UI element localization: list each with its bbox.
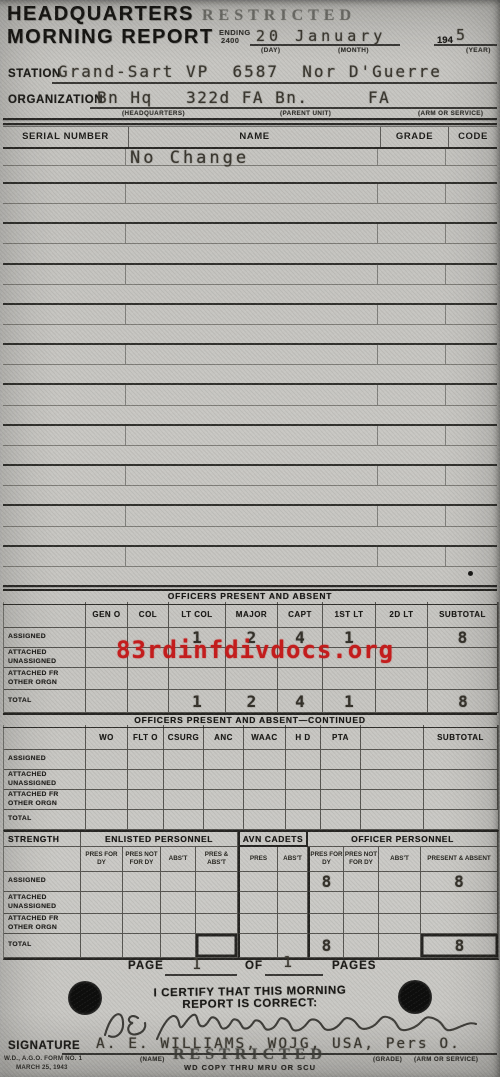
of-label: OF <box>245 960 263 972</box>
continued-value-cell <box>128 770 164 790</box>
ink-speck <box>468 571 473 576</box>
roster-blank-row <box>3 545 497 585</box>
strength-col-header: PRES <box>238 847 278 872</box>
officers-col-header-text: COL <box>139 610 157 619</box>
column-tick <box>377 184 378 203</box>
officers-value-cell <box>128 690 169 713</box>
roster-blank-rows <box>3 182 497 585</box>
strength-value-cell <box>123 934 161 958</box>
officers-row-label: ASSIGNED <box>4 628 86 648</box>
officers-value-cell: 8 <box>428 628 498 648</box>
column-tick <box>445 148 446 165</box>
column-tick <box>377 265 378 284</box>
continued-value-cell <box>361 750 424 770</box>
organization-underline <box>90 107 497 109</box>
column-tick <box>125 148 126 165</box>
continued-value-cell <box>86 810 128 830</box>
roster-blank-row <box>3 343 497 383</box>
strength-row-label: ATTACHED FR OTHER ORGN <box>4 914 81 934</box>
continued-row-label: ATTACHED UNASSIGNED <box>4 770 86 790</box>
strength-value-cell <box>81 892 123 914</box>
continued-col-header: PTA <box>321 725 361 750</box>
officers-value-cell: 1 <box>169 690 226 713</box>
strength-col-header: PRES & ABS'T <box>196 847 238 872</box>
strength-value-cell <box>161 872 196 892</box>
rule-line <box>3 324 497 325</box>
continued-value-cell <box>204 770 244 790</box>
archive-watermark: 83rdinfdivdocs.org <box>116 636 394 664</box>
column-tick <box>125 426 126 445</box>
group-officer-personnel-text: OFFICER PERSONNEL <box>351 834 454 844</box>
station-underline <box>52 82 497 84</box>
strength-value-cell <box>238 892 278 914</box>
strength-row-label: TOTAL <box>4 934 81 958</box>
strength-value-cell-text: 8 <box>322 936 332 955</box>
roster-blank-row <box>3 263 497 303</box>
continued-col-header: H D <box>286 725 321 750</box>
organization-unit-value: Bn Hq 322d FA Bn. <box>97 88 309 107</box>
col-serial-number: SERIAL NUMBER <box>3 127 128 147</box>
continued-value-cell <box>244 770 286 790</box>
officers-row-label-text: TOTAL <box>8 697 32 705</box>
organization-arm-value: FA <box>368 88 390 107</box>
rule-line <box>3 165 497 166</box>
ending-time-label: 2400 <box>221 36 239 45</box>
strength-value-cell: 8 <box>421 934 498 958</box>
continued-value-cell <box>424 750 498 770</box>
continued-col-header: FLT O <box>128 725 164 750</box>
continued-col-header: WO <box>86 725 128 750</box>
continued-col-header-text: SUBTOTAL <box>437 733 484 742</box>
officers-value-cell-text: 1 <box>344 692 354 711</box>
continued-value-cell <box>128 810 164 830</box>
strength-col-header-text: PRES & ABS'T <box>196 851 237 867</box>
strength-row-label-text: ATTACHED UNASSIGNED <box>8 894 80 910</box>
strength-value-cell <box>196 934 238 958</box>
page-label: PAGE <box>128 960 164 972</box>
strength-col-header-text: PRES NOT FOR DY <box>123 851 160 867</box>
continued-value-cell <box>164 750 204 770</box>
strength-row-label-text: ATTACHED FR OTHER ORGN <box>8 915 80 931</box>
continued-value-cell <box>321 750 361 770</box>
strength-value-cell-text: 8 <box>322 872 332 891</box>
column-tick <box>445 385 446 404</box>
arm-or-service-sublabel: (ARM OR SERVICE) <box>418 110 483 117</box>
rule-line <box>3 364 497 365</box>
strength-col-header-text: PRES <box>250 855 267 863</box>
officers-value-cell <box>323 668 376 690</box>
strength-value-cell: 8 <box>308 934 344 958</box>
column-tick <box>377 506 378 525</box>
officers-value-cell <box>128 668 169 690</box>
strength-value-cell <box>344 934 379 958</box>
continued-header-corner <box>4 725 86 750</box>
restricted-stamp-bottom: RESTRICTED <box>0 1046 500 1064</box>
rule-line <box>3 203 497 204</box>
column-tick <box>445 224 446 243</box>
pages-underline <box>265 974 323 976</box>
strength-corner-label: STRENGTH <box>4 832 81 847</box>
continued-value-cell <box>321 810 361 830</box>
strength-value-cell: 8 <box>421 872 498 892</box>
column-tick <box>377 345 378 364</box>
column-tick <box>377 148 378 165</box>
officers-row-label-text: ATTACHED UNASSIGNED <box>8 649 85 665</box>
officers-row-label-text: ATTACHED FR OTHER ORGN <box>8 670 85 686</box>
continued-row-label-text: ATTACHED FR OTHER ORGN <box>8 791 85 807</box>
officers-col-header-text: CAPT <box>288 610 312 619</box>
morning-report-scan: RESTRICTED HEADQUARTERS MORNING REPORT E… <box>0 0 500 1077</box>
continued-col-header-text: ANC <box>214 733 233 742</box>
group-avn-cadets: AVN CADETS <box>238 832 308 847</box>
column-tick <box>125 385 126 404</box>
year-sublabel: (YEAR) <box>466 47 491 54</box>
strength-value-cell <box>196 892 238 914</box>
rule-line <box>3 123 497 125</box>
strength-value-cell <box>421 914 498 934</box>
column-tick <box>377 385 378 404</box>
continued-value-cell <box>321 790 361 810</box>
col-name: NAME <box>128 127 380 147</box>
continued-value-cell <box>321 770 361 790</box>
strength-col-header: PRES FOR DY <box>308 847 344 872</box>
officers-value-cell <box>86 690 128 713</box>
continued-col-header: SUBTOTAL <box>424 725 498 750</box>
rule-line <box>3 405 497 406</box>
officers-col-header: 1ST LT <box>323 602 376 628</box>
continued-value-cell <box>244 810 286 830</box>
strength-col-header: ABS'T <box>379 847 421 872</box>
continued-col-header-text: PTA <box>332 733 349 742</box>
strength-col-header: ABS'T <box>161 847 196 872</box>
strength-value-cell <box>344 914 379 934</box>
strength-value-cell <box>196 872 238 892</box>
column-tick <box>445 265 446 284</box>
column-tick <box>125 506 126 525</box>
strength-value-cell <box>196 914 238 934</box>
strength-value-cell-text: 8 <box>455 936 465 955</box>
date-field-value: 20 January <box>256 27 386 45</box>
rule-line <box>3 485 497 486</box>
column-tick <box>125 224 126 243</box>
officers-continued-table: WOFLT OCSURGANCWAACH DPTASUBTOTALASSIGNE… <box>3 725 499 830</box>
column-tick <box>125 184 126 203</box>
officers-value-cell: 4 <box>278 690 323 713</box>
officers-value-cell <box>86 668 128 690</box>
column-tick <box>125 547 126 566</box>
roster-blank-row <box>3 504 497 544</box>
rule-line <box>3 566 497 567</box>
officers-col-header-text: SUBTOTAL <box>439 610 486 619</box>
continued-value-cell <box>204 750 244 770</box>
continued-value-cell <box>424 770 498 790</box>
roster-blank-row <box>3 464 497 504</box>
column-tick <box>125 345 126 364</box>
officers-col-header-text: MAJOR <box>236 610 267 619</box>
total-pages-value: 1 <box>283 953 292 971</box>
column-tick <box>377 547 378 566</box>
page-underline <box>165 974 237 976</box>
strength-col-header-text: PRES NOT FOR DY <box>344 851 378 867</box>
continued-col-header-text: WAAC <box>251 733 277 742</box>
page-number-value: 1 <box>192 955 201 973</box>
rule-line <box>3 445 497 446</box>
strength-value-cell <box>161 914 196 934</box>
continued-col-header-text: H D <box>295 733 310 742</box>
officers-col-header-text: LT COL <box>181 610 212 619</box>
officers-row-label: TOTAL <box>4 690 86 713</box>
routing-line: WD COPY THRU MRU OR SCU <box>0 1063 500 1072</box>
officers-value-cell: 8 <box>428 690 498 713</box>
rule-line <box>3 284 497 285</box>
continued-col-header-text: WO <box>99 733 114 742</box>
officers-value-cell: 1 <box>323 690 376 713</box>
continued-value-cell <box>164 810 204 830</box>
continued-col-header-text: FLT O <box>133 733 158 742</box>
continued-value-cell <box>361 790 424 810</box>
strength-value-cell <box>379 914 421 934</box>
continued-value-cell <box>86 770 128 790</box>
strength-value-cell <box>123 914 161 934</box>
roster-entry-row: No Change <box>3 148 497 182</box>
column-tick <box>445 466 446 485</box>
strength-table: STRENGTHENLISTED PERSONNELAVN CADETSOFFI… <box>3 830 499 960</box>
column-tick <box>377 466 378 485</box>
strength-value-cell <box>308 892 344 914</box>
station-label: STATION <box>8 68 61 80</box>
col-code: CODE <box>448 127 497 147</box>
strength-col-header: PRESENT & ABSENT <box>421 847 498 872</box>
officers-row-label: ATTACHED UNASSIGNED <box>4 648 86 668</box>
continued-value-cell <box>286 770 321 790</box>
officers-col-header: GEN O <box>86 602 128 628</box>
strength-value-cell <box>81 872 123 892</box>
day-sublabel: (DAY) <box>261 47 280 54</box>
strength-value-cell <box>344 872 379 892</box>
rule-line <box>3 118 497 120</box>
continued-value-cell <box>361 810 424 830</box>
officers-row-label-text: ASSIGNED <box>8 633 46 641</box>
officers-col-header: LT COL <box>169 602 226 628</box>
continued-col-header: ANC <box>204 725 244 750</box>
rule-line <box>3 585 497 587</box>
group-enlisted-personnel: ENLISTED PERSONNEL <box>81 832 238 847</box>
officers-value-cell <box>169 668 226 690</box>
officers-value-cell-text: 1 <box>192 692 202 711</box>
roster-blank-row <box>3 222 497 262</box>
continued-value-cell <box>424 810 498 830</box>
column-tick <box>377 305 378 324</box>
continued-col-header: WAAC <box>244 725 286 750</box>
officers-value-cell-text: 8 <box>458 628 468 647</box>
strength-value-cell <box>81 934 123 958</box>
parent-unit-sublabel: (PARENT UNIT) <box>280 110 331 117</box>
column-tick <box>445 426 446 445</box>
officers-value-cell-text: 4 <box>295 692 305 711</box>
continued-value-cell <box>86 790 128 810</box>
officers-col-header: CAPT <box>278 602 323 628</box>
strength-col-header: PRES FOR DY <box>81 847 123 872</box>
station-field-value: Grand-Sart VP 6587 Nor D'Guerre <box>58 62 442 81</box>
column-tick <box>125 466 126 485</box>
rule-line <box>3 526 497 527</box>
group-officer-personnel: OFFICER PERSONNEL <box>308 832 498 847</box>
strength-corner-label-text: STRENGTH <box>8 834 60 844</box>
strength-col-header-text: PRES FOR DY <box>81 851 122 867</box>
year-underline <box>434 44 497 46</box>
continued-value-cell <box>128 790 164 810</box>
organization-label: ORGANIZATION <box>8 94 103 106</box>
continued-value-cell <box>244 790 286 810</box>
continued-col-header-text: CSURG <box>168 733 199 742</box>
strength-col-header-text: ABS'T <box>169 855 188 863</box>
continued-row-label-text: ATTACHED UNASSIGNED <box>8 771 85 787</box>
strength-row-label-text: TOTAL <box>8 941 32 949</box>
officers-col-header: SUBTOTAL <box>428 602 498 628</box>
strength-value-cell <box>278 872 308 892</box>
continued-col-header <box>361 725 424 750</box>
roster-blank-row <box>3 424 497 464</box>
continued-value-cell <box>164 770 204 790</box>
officers-value-cell-text: 8 <box>458 692 468 711</box>
continued-row-label-text: ASSIGNED <box>8 755 46 763</box>
continued-row-label: ATTACHED FR OTHER ORGN <box>4 790 86 810</box>
strength-value-cell-text: 8 <box>454 872 464 891</box>
column-tick <box>125 265 126 284</box>
continued-col-header: CSURG <box>164 725 204 750</box>
continued-value-cell <box>204 790 244 810</box>
continued-value-cell <box>164 790 204 810</box>
month-sublabel: (MONTH) <box>338 47 369 54</box>
strength-value-cell <box>238 872 278 892</box>
continued-row-label-text: TOTAL <box>8 815 32 823</box>
continued-value-cell <box>286 810 321 830</box>
strength-col-header-text: PRES FOR DY <box>310 851 343 867</box>
officers-col-header: MAJOR <box>226 602 278 628</box>
officers-col-header: 2D LT <box>376 602 428 628</box>
strength-col-header-text: ABS'T <box>283 855 302 863</box>
continued-value-cell <box>128 750 164 770</box>
strength-value-cell <box>278 914 308 934</box>
strength-value-cell <box>123 872 161 892</box>
form-title-headquarters: HEADQUARTERS <box>7 3 194 26</box>
strength-value-cell <box>379 934 421 958</box>
officers-value-cell: 2 <box>226 690 278 713</box>
column-tick <box>445 305 446 324</box>
continued-value-cell <box>244 750 286 770</box>
column-tick <box>377 426 378 445</box>
strength-col-header-text: PRESENT & ABSENT <box>427 855 490 863</box>
group-avn-cadets-text: AVN CADETS <box>243 834 304 844</box>
officers-value-cell <box>428 668 498 690</box>
roster-header-row: SERIAL NUMBER NAME GRADE CODE <box>3 126 497 149</box>
strength-row-label: ATTACHED UNASSIGNED <box>4 892 81 914</box>
officers-value-cell <box>278 668 323 690</box>
strength-col-header: PRES NOT FOR DY <box>344 847 379 872</box>
strength-value-cell <box>379 892 421 914</box>
officers-value-cell <box>428 648 498 668</box>
continued-value-cell <box>86 750 128 770</box>
officers-value-cell-text: 2 <box>247 692 257 711</box>
strength-col-header: ABS'T <box>278 847 308 872</box>
column-tick <box>377 224 378 243</box>
strength-subheader-corner <box>4 847 81 872</box>
strength-value-cell <box>278 892 308 914</box>
strength-value-cell <box>421 892 498 914</box>
group-enlisted-personnel-text: ENLISTED PERSONNEL <box>105 834 213 844</box>
roster-entry-name: No Change <box>130 148 249 168</box>
continued-value-cell <box>424 790 498 810</box>
continued-row-label: ASSIGNED <box>4 750 86 770</box>
strength-value-cell <box>81 914 123 934</box>
strength-value-cell <box>123 892 161 914</box>
continued-value-cell <box>286 750 321 770</box>
officers-value-cell <box>376 690 428 713</box>
year-field-value: 5 <box>456 26 465 44</box>
strength-value-cell: 8 <box>308 872 344 892</box>
strength-value-cell <box>344 892 379 914</box>
officers-col-header: COL <box>128 602 169 628</box>
form-title-morning-report: MORNING REPORT <box>7 26 214 49</box>
pages-label: PAGES <box>332 960 376 972</box>
roster-blank-row <box>3 383 497 423</box>
continued-row-label: TOTAL <box>4 810 86 830</box>
continued-value-cell <box>286 790 321 810</box>
column-tick <box>445 506 446 525</box>
officers-value-cell <box>376 668 428 690</box>
date-underline <box>250 44 400 46</box>
column-tick <box>445 345 446 364</box>
strength-value-cell <box>308 914 344 934</box>
officers-col-header-text: 1ST LT <box>334 610 363 619</box>
strength-value-cell <box>238 914 278 934</box>
strength-value-cell <box>379 872 421 892</box>
roster-blank-row <box>3 182 497 222</box>
strength-row-label: ASSIGNED <box>4 872 81 892</box>
headquarters-sublabel: (HEADQUARTERS) <box>122 110 185 117</box>
restricted-stamp-top: RESTRICTED <box>202 7 356 25</box>
column-tick <box>445 547 446 566</box>
strength-value-cell <box>238 934 278 958</box>
roster-blank-row <box>3 303 497 343</box>
strength-col-header: PRES NOT FOR DY <box>123 847 161 872</box>
continued-value-cell <box>204 810 244 830</box>
officers-header-corner <box>4 602 86 628</box>
officers-row-label: ATTACHED FR OTHER ORGN <box>4 668 86 690</box>
col-grade: GRADE <box>380 127 448 147</box>
strength-col-header-text: ABS'T <box>390 855 409 863</box>
column-tick <box>445 184 446 203</box>
continued-value-cell <box>361 770 424 790</box>
strength-row-label-text: ASSIGNED <box>8 877 46 885</box>
strength-value-cell <box>161 892 196 914</box>
strength-value-cell <box>161 934 196 958</box>
rule-line <box>3 243 497 244</box>
officers-value-cell <box>226 668 278 690</box>
officers-col-header-text: GEN O <box>92 610 120 619</box>
officers-col-header-text: 2D LT <box>389 610 413 619</box>
column-tick <box>125 305 126 324</box>
